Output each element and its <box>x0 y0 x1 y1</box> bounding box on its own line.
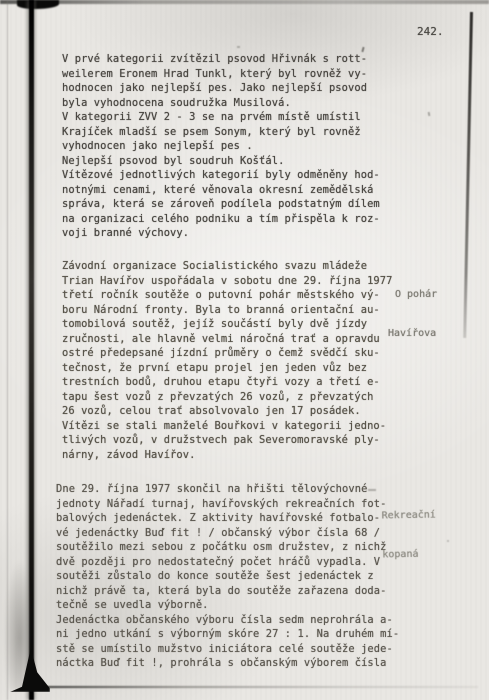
page-number: 242. <box>417 25 444 38</box>
margin-note-line: Rekreační <box>382 509 436 523</box>
text-line: nichž právě ta, která byla do soutěže za… <box>56 584 399 599</box>
text-line: Jedenáctka občanského výboru čísla sedm … <box>56 613 399 628</box>
text-line: třetí ročník soutěže o putovní pohár měs… <box>62 288 393 303</box>
text-line: náctka Buď fit !, prohrála s občanským v… <box>56 656 399 671</box>
text-line: dvě později pro nedostatečný počet hráčů… <box>56 555 399 570</box>
scanned-document-page: 242. V prvé kategorii zvítězil psovod Hř… <box>0 0 489 700</box>
text-line: boru Národní fronty. Byla to branná orie… <box>62 303 393 318</box>
scan-speck <box>447 540 449 542</box>
text-line: Závodní organizace Socialistického svazu… <box>62 259 393 274</box>
text-line: tapu šest vozů z převzatých 26 vozů, z p… <box>62 390 393 405</box>
text-line: soutěži zůstalo do konce soutěže šest je… <box>56 569 399 584</box>
text-line: Trian Havířov uspořádala v sobotu dne 29… <box>62 274 393 289</box>
text-line: tečnost, že první etapu projel jen jeden… <box>62 361 393 376</box>
scan-speck <box>428 112 431 116</box>
text-line: vyhodnocen jako nejlepší pes . <box>62 139 380 154</box>
text-line: 26 vozů, celou trať absolvovalo jen 17 p… <box>62 404 393 419</box>
text-line: ni jedno utkání s výborným skóre 27 : 1.… <box>56 627 399 642</box>
text-line: stě se umístilo mužstvo iniciátora celé … <box>56 642 399 657</box>
margin-note-rekreacni-kopana: Rekreační kopaná <box>381 483 437 588</box>
text-line: tlivých vozů, v družstvech pak Severomor… <box>62 433 393 448</box>
text-line: Dne 29. října 1977 skončil na hřišti těl… <box>56 482 399 497</box>
text-line: Nejlepší psovod byl soudruh Košťál. <box>62 154 380 169</box>
text-line: jednoty Nářadí turnaj, havířovských rekr… <box>56 497 399 512</box>
bottom-fold-crease <box>28 686 478 688</box>
margin-note-line: kopaná <box>382 548 436 562</box>
text-line: na organizaci celého podniku a tím přisp… <box>62 212 380 227</box>
text-line: zručnosti, ale hlavně velmi náročná trať… <box>62 332 393 347</box>
text-line: hodnocen jako nejlepší pes. Jako nejlepš… <box>62 81 380 96</box>
margin-note-line: Havířova <box>388 327 437 340</box>
paragraph-dog-competition: V prvé kategorii zvítězil psovod Hřivnák… <box>62 52 380 241</box>
text-line: notnými cenami, které věnovala okresní z… <box>62 183 380 198</box>
text-line: weilerem Eronem Hrad Tunkl, který byl ro… <box>62 67 380 82</box>
text-line: byla vyhodnocena soudružka Musilová. <box>62 96 380 111</box>
text-line: Vítězové jednotlivých kategorií byly odm… <box>62 168 380 183</box>
text-line: balových jedenáctek. Z aktivity havířovs… <box>56 511 399 526</box>
text-line: Vítězi se stali manželé Bouřkovi v kateg… <box>62 419 393 434</box>
text-line: V prvé kategorii zvítězil psovod Hřivnák… <box>62 52 380 67</box>
margin-note-pohar-havirova: O pohár Havířova <box>388 262 437 366</box>
text-line: soutěžilo mezi sebou z počátku osm družs… <box>56 540 399 555</box>
text-line: V kategorii ZVV 2 - 3 se na prvém místě … <box>62 110 380 125</box>
binding-ink-blob <box>17 0 59 9</box>
text-line: správa, která se zároveň podílela podsta… <box>62 197 380 212</box>
page-curl-streak <box>463 12 473 338</box>
scan-top-edge-shadow <box>0 0 489 4</box>
text-line: Krajíček mladší se psem Sonym, který byl… <box>62 125 380 140</box>
text-line: ostré předepsané jízdní průměry o čemž s… <box>62 346 393 361</box>
text-line: tečně se uvedla výborně. <box>56 598 399 613</box>
paragraph-football-tournament: Dne 29. října 1977 skončil na hřišti těl… <box>56 482 399 671</box>
margin-note-line: O pohár <box>395 288 437 301</box>
text-line: vé jedenáctky Buď fit ! / občanský výbor… <box>56 526 399 541</box>
paragraph-car-rally: Závodní organizace Socialistického svazu… <box>62 259 393 462</box>
text-line: nárny, závod Havířov. <box>62 448 393 463</box>
scan-speck <box>237 46 240 48</box>
text-line: trestních bodů, druhou etapu čtyři vozy … <box>62 375 393 390</box>
text-line: voji branné výchovy. <box>62 226 380 241</box>
text-line: tomobilová soutěž, jejíž součástí byly d… <box>62 317 393 332</box>
